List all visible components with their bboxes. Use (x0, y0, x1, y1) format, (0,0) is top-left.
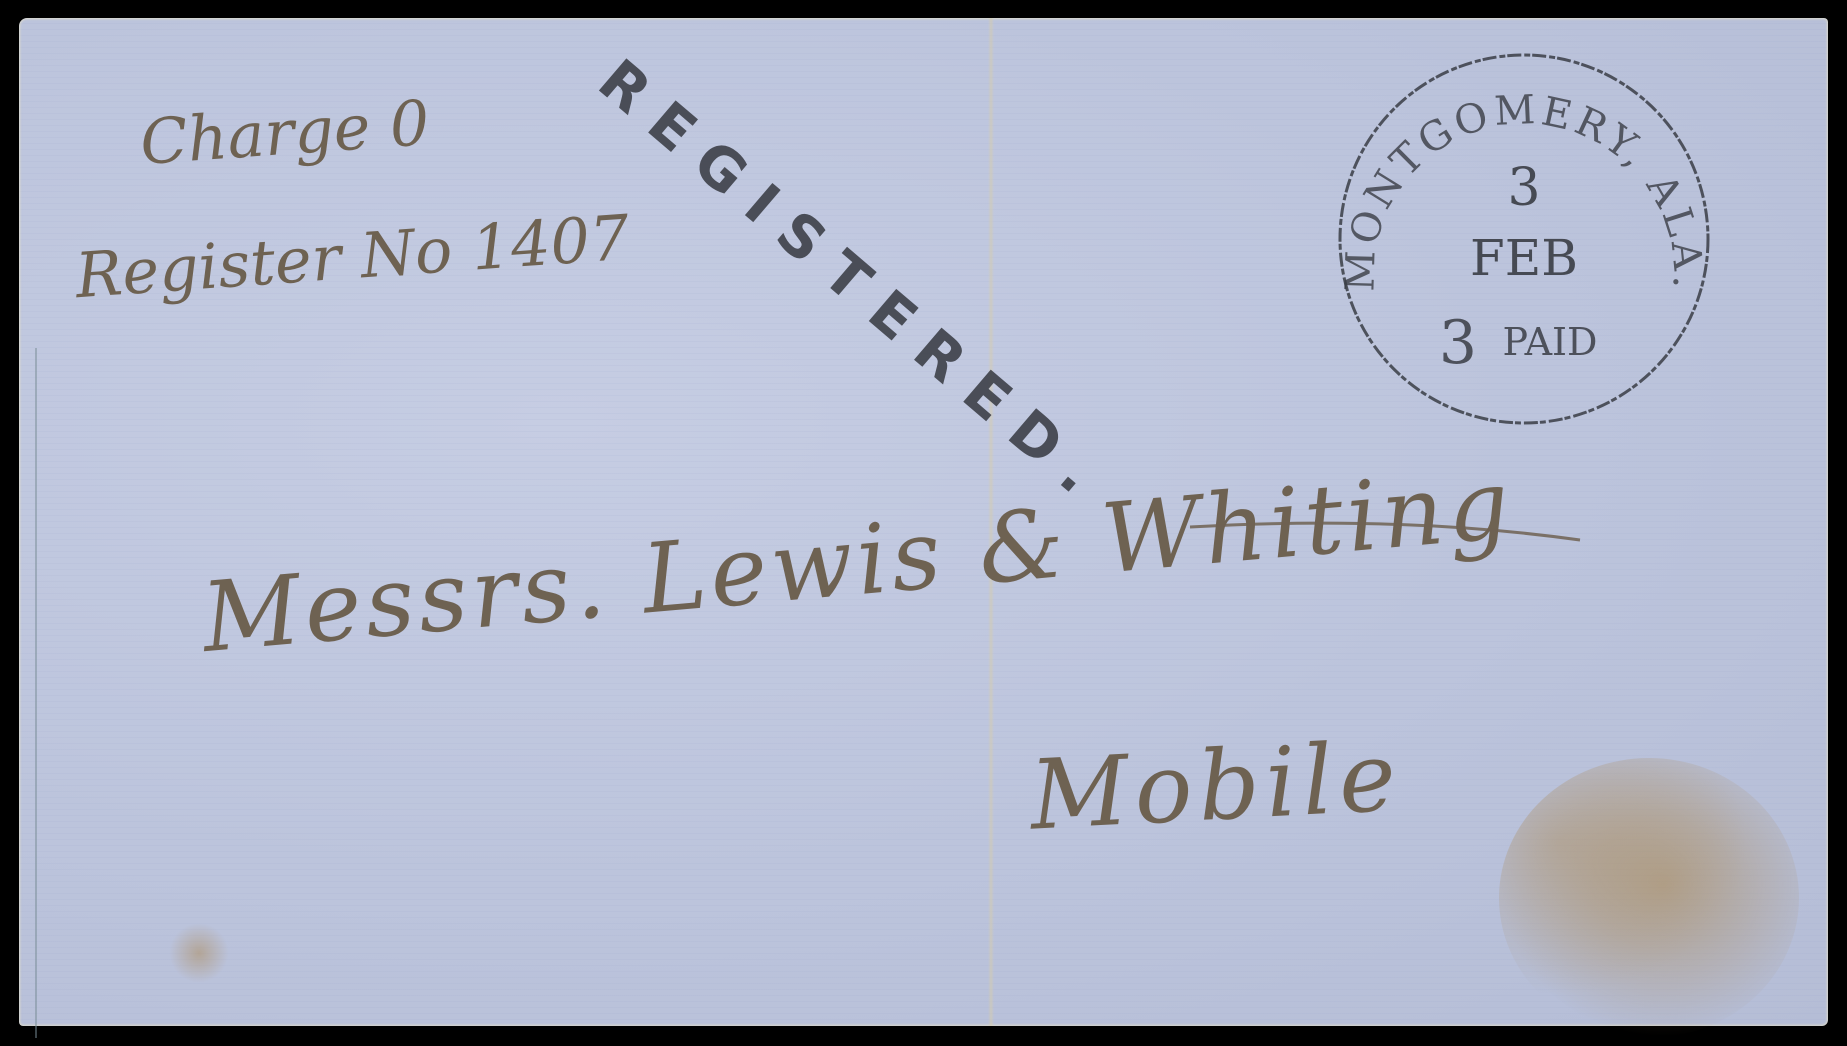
left-edge-fold (19, 348, 37, 1038)
postmark-rate: 3 (1439, 308, 1477, 378)
fingerprint-stain (1499, 758, 1799, 1038)
circular-date-stamp: MONTGOMERY, ALA. 3 FEB 3 PAID (1330, 45, 1718, 433)
postmark-paid: PAID (1503, 320, 1598, 364)
postmark-month: FEB (1470, 229, 1578, 287)
small-stain (169, 923, 229, 983)
postmark-day: 3 (1507, 158, 1540, 218)
manuscript-city: Mobile (1027, 720, 1404, 851)
